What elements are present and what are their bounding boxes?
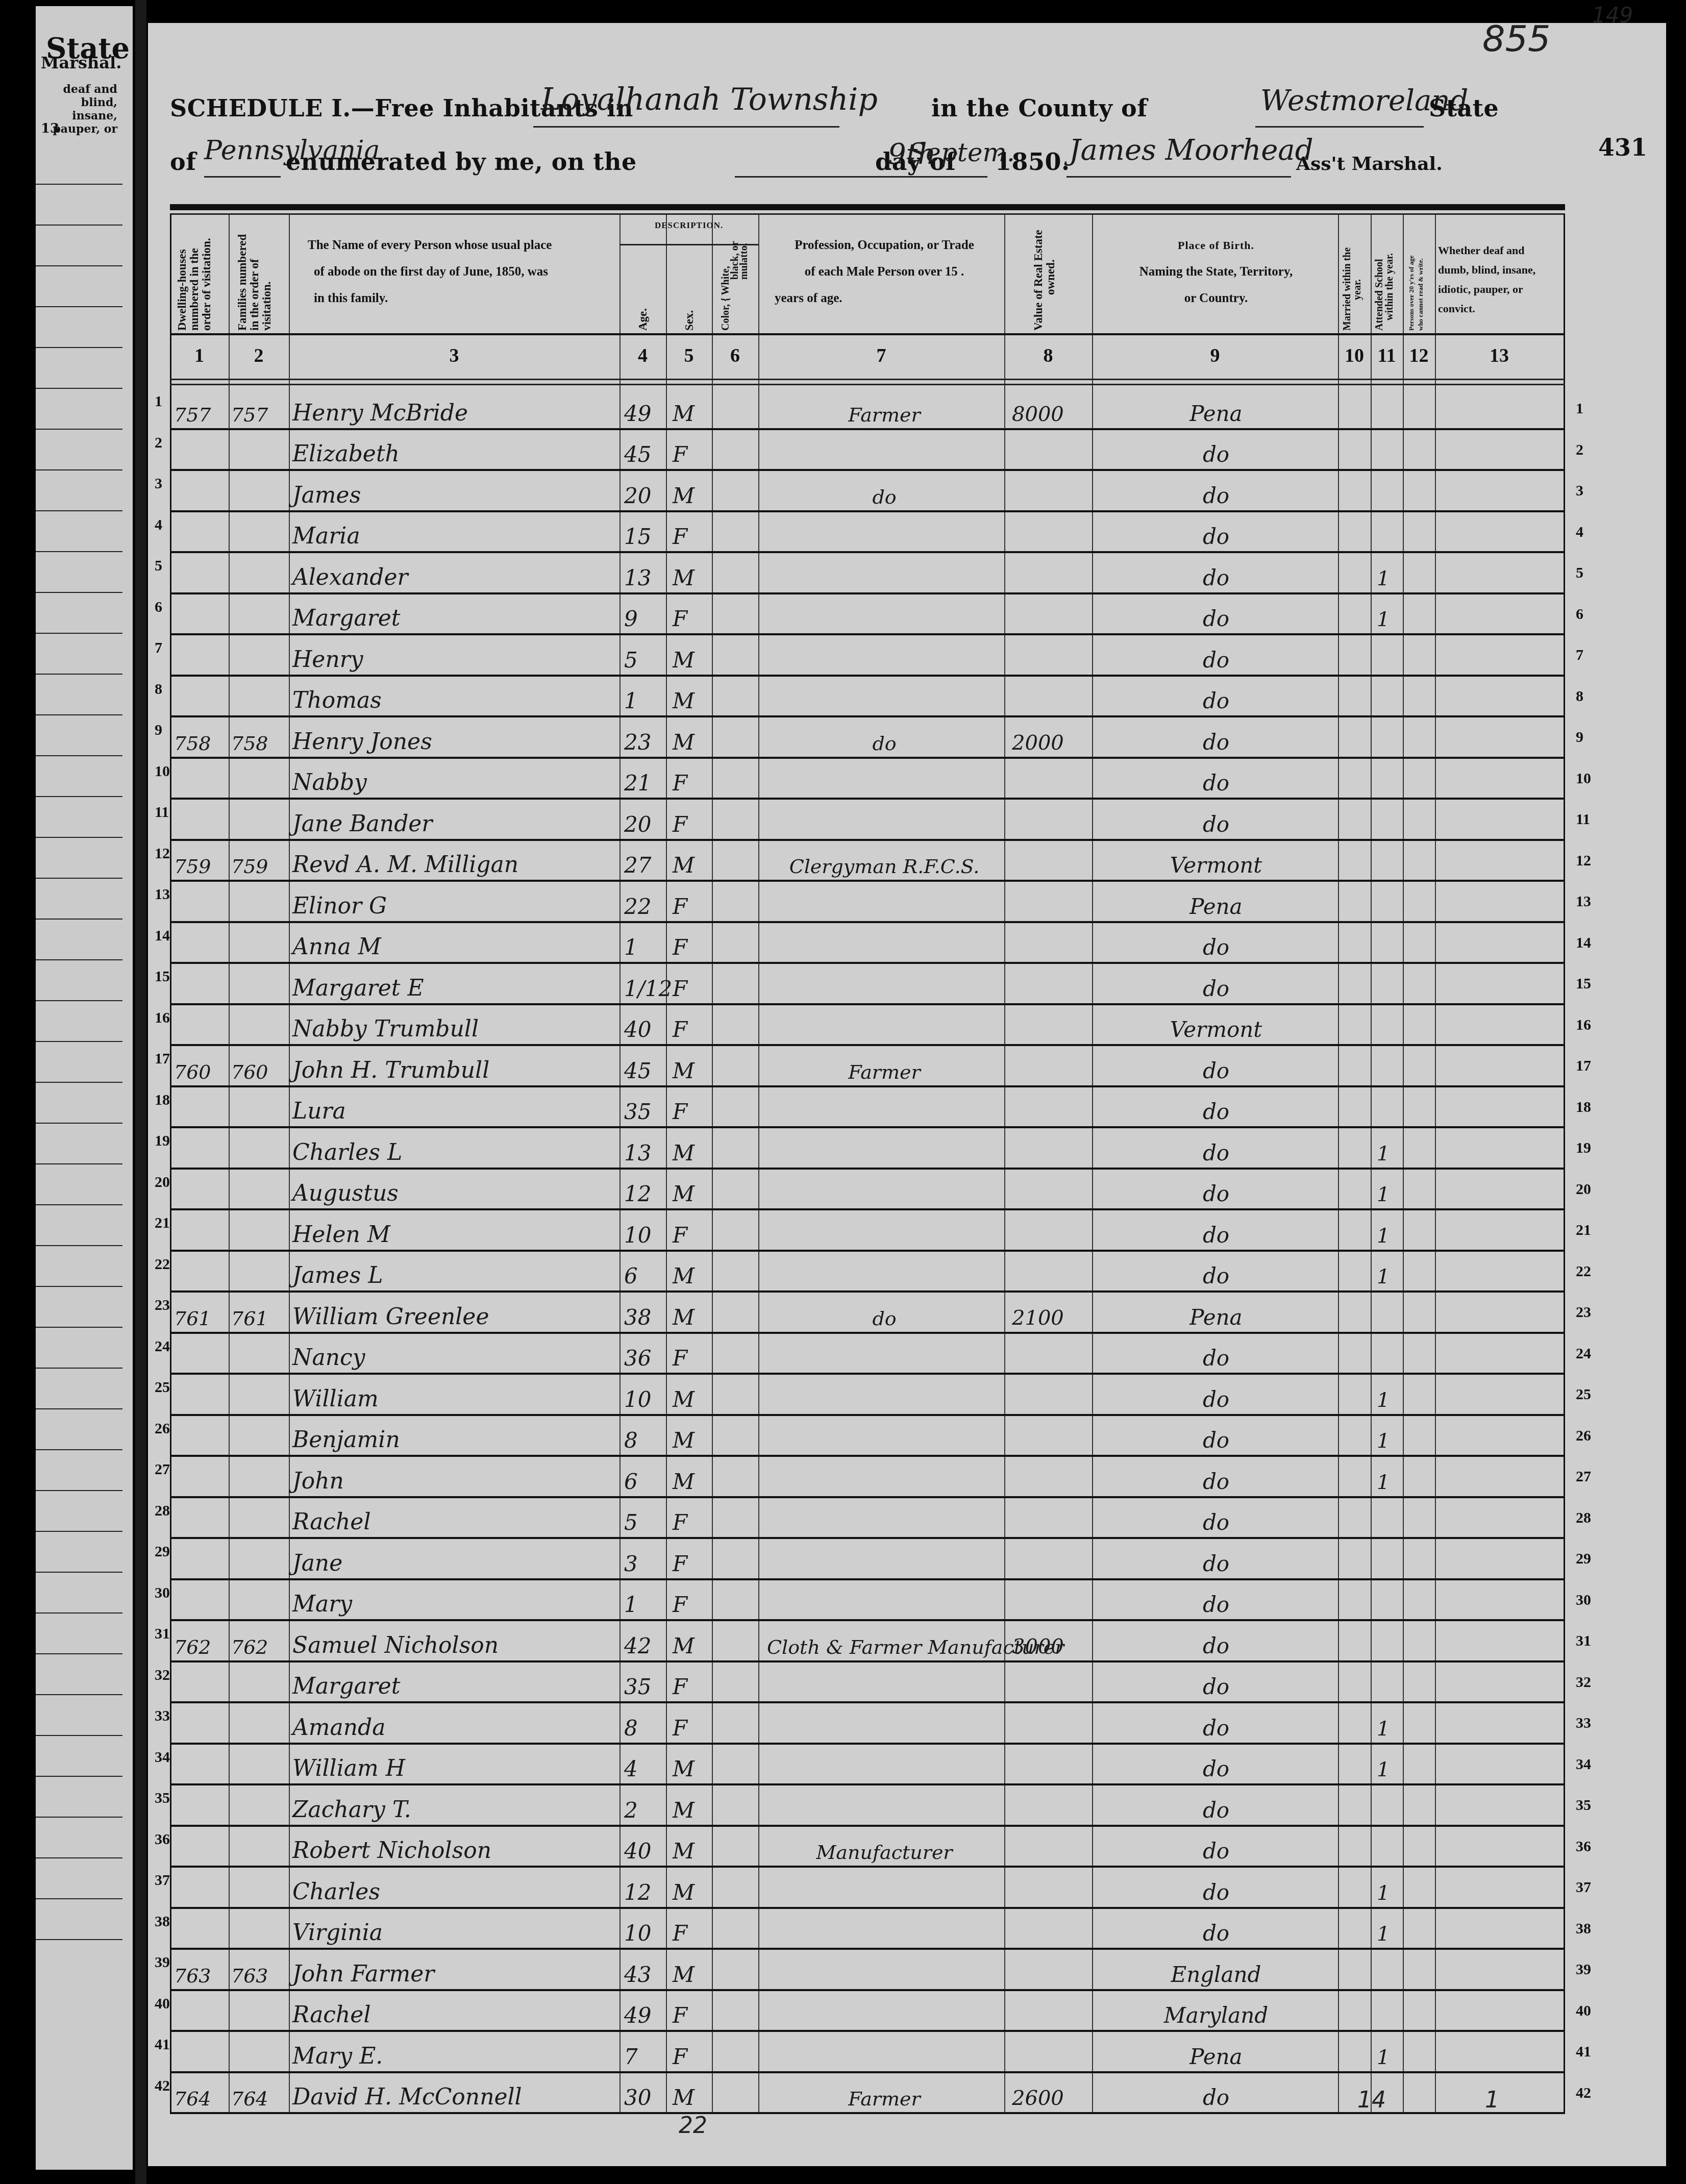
- col9-header-line: Place of Birth.: [1096, 232, 1336, 259]
- cell-birthplace: do: [1099, 1716, 1333, 1741]
- cell-age: 7: [624, 2044, 638, 2069]
- cell-birthplace: do: [1099, 1674, 1333, 1699]
- cell-age: 2: [624, 1798, 638, 1823]
- line-number-left: 26: [155, 1420, 170, 1437]
- line-number-left: 19: [155, 1132, 170, 1150]
- line-number-right: 18: [1576, 1099, 1591, 1116]
- col-number-6: 6: [712, 344, 758, 367]
- line-number-left: 15: [155, 968, 170, 985]
- previous-page-rule: [36, 1777, 122, 1818]
- cell-birthplace: do: [1099, 1387, 1333, 1412]
- cell-name: Robert Nicholson: [292, 1838, 491, 1864]
- col5-header: Sex.: [683, 310, 696, 331]
- line-number-right: 12: [1576, 852, 1591, 870]
- cell-dwelling: 761: [174, 1307, 211, 1330]
- cell-sex: M: [673, 1305, 695, 1330]
- line-number-right: 23: [1576, 1304, 1591, 1321]
- col1-header-line: numbered in the: [188, 238, 201, 331]
- line-number-right: 22: [1576, 1263, 1591, 1280]
- line-number-right: 35: [1576, 1797, 1591, 1814]
- col2-header: Families numbered in the order of visita…: [236, 234, 273, 331]
- line-number-right: 34: [1576, 1756, 1591, 1773]
- cell-sex: M: [673, 688, 695, 713]
- line-number-left: 23: [155, 1297, 170, 1314]
- col12-header: Persons over 20 y'rs of age who cannot r…: [1407, 256, 1425, 331]
- line-number-left: 30: [155, 1584, 170, 1602]
- previous-page-rule: [36, 430, 122, 470]
- previous-page-rule: [36, 1818, 122, 1858]
- line-number-left: 7: [155, 639, 162, 657]
- cell-birthplace: Pena: [1099, 401, 1333, 426]
- page-gutter: [135, 0, 146, 2184]
- cell-age: 42: [624, 1633, 651, 1658]
- marshal-underline: [1067, 176, 1291, 178]
- table-row: Thomas1Mdo88: [170, 677, 1565, 718]
- table-row: Augustus12Mdo12020: [170, 1170, 1565, 1211]
- col11-header-line: Attended School: [1374, 253, 1384, 331]
- cell-name: Charles L: [292, 1139, 402, 1165]
- col10-header-line: Married within the: [1342, 247, 1352, 331]
- cell-birthplace: do: [1099, 1428, 1333, 1453]
- footer-tally-other: 1: [1485, 2087, 1499, 2113]
- previous-page-edge: State Marshal. deaf and blind, insane, p…: [36, 6, 133, 2170]
- table-row: Charles L13Mdo11919: [170, 1128, 1565, 1170]
- cell-family: 761: [231, 1307, 268, 1330]
- col11-header: Attended School within the year.: [1374, 253, 1395, 331]
- cell-age: 10: [624, 1921, 651, 1946]
- previous-page-rule: [36, 470, 122, 511]
- line-number-right: 29: [1576, 1550, 1591, 1568]
- col-number-7: 7: [758, 344, 1004, 367]
- cell-age: 23: [624, 730, 651, 755]
- table-row: Margaret9Fdo166: [170, 594, 1565, 636]
- cell-name: Amanda: [292, 1715, 385, 1741]
- table-row: James L6Mdo12222: [170, 1252, 1565, 1293]
- col9-header: Place of Birth. Naming the State, Territ…: [1096, 232, 1336, 312]
- line-number-left: 35: [155, 1790, 170, 1807]
- previous-page-rule: [36, 1899, 122, 1940]
- cell-sex: M: [673, 1263, 695, 1288]
- previous-page-rule: [36, 1409, 122, 1450]
- cell-sex: M: [673, 565, 695, 590]
- cell-dwelling: 757: [174, 404, 211, 426]
- cell-birthplace: do: [1099, 976, 1333, 1001]
- line-number-left: 13: [155, 886, 170, 903]
- cell-birthplace: do: [1099, 1592, 1333, 1617]
- cell-sex: F: [673, 442, 687, 467]
- line-number-right: 19: [1576, 1139, 1591, 1157]
- previous-page-rule: [36, 348, 122, 389]
- cell-age: 49: [624, 401, 651, 426]
- cell-name: Anna M: [292, 934, 381, 960]
- cell-birthplace: do: [1099, 1181, 1333, 1206]
- marshal-label: Ass't Marshal.: [1296, 153, 1443, 175]
- cell-school: 1: [1377, 1224, 1390, 1248]
- line-number-right: 25: [1576, 1386, 1591, 1403]
- line-number-left: 41: [155, 2036, 170, 2053]
- line-number-right: 14: [1576, 934, 1591, 952]
- table-row: Alexander13Mdo155: [170, 553, 1565, 594]
- frame-stamp-number: 855: [1482, 18, 1551, 60]
- cell-birthplace: do: [1099, 1633, 1333, 1658]
- table-row: Henry5Mdo77: [170, 635, 1565, 677]
- cell-sex: M: [673, 401, 695, 426]
- previous-page-rule: [36, 1369, 122, 1409]
- table-top-rule: [170, 204, 1565, 210]
- state-label: State: [1429, 94, 1499, 122]
- line-number-left: 20: [155, 1174, 170, 1191]
- cell-name: Helen M: [292, 1222, 390, 1248]
- previous-page-rule: [36, 1532, 122, 1573]
- line-number-left: 40: [155, 1995, 170, 2013]
- cell-occupation: Farmer: [767, 1061, 1002, 1083]
- cell-name: Maria: [292, 523, 360, 549]
- cell-family: 759: [231, 855, 268, 878]
- header-bottom-rule: [170, 333, 1565, 335]
- col-number-3: 3: [289, 344, 619, 367]
- previous-page-rule: [36, 634, 122, 675]
- cell-birthplace: do: [1099, 1551, 1333, 1576]
- col7-header-line: Profession, Occupation, or Trade: [767, 232, 1002, 259]
- col6-header: Color, { White, black, or mulatto.: [721, 241, 749, 331]
- cell-name: Mary: [292, 1591, 352, 1617]
- previous-page-rule: [36, 1164, 122, 1205]
- cell-age: 21: [624, 771, 651, 796]
- previous-page-rule: [36, 1001, 122, 1042]
- line-number-right: 38: [1576, 1920, 1591, 1938]
- cell-name: Revd A. M. Milligan: [292, 852, 518, 878]
- cell-name: Rachel: [292, 2002, 370, 2028]
- cell-name: Nabby Trumbull: [292, 1016, 479, 1042]
- footer-tally-dwellings: 22: [679, 2113, 707, 2139]
- line-number-right: 7: [1576, 647, 1583, 664]
- cell-age: 13: [624, 1140, 651, 1165]
- cell-real-estate: 2600: [1012, 2087, 1064, 2110]
- county-underline: [1255, 126, 1424, 128]
- cell-birthplace: do: [1099, 771, 1333, 796]
- cell-age: 10: [624, 1387, 651, 1412]
- cell-birthplace: do: [1099, 812, 1333, 837]
- enumerated-label: enumerated by me, on the: [286, 148, 637, 176]
- line-number-left: 29: [155, 1543, 170, 1560]
- line-number-right: 28: [1576, 1509, 1591, 1527]
- cell-name: Lura: [292, 1098, 346, 1124]
- page-number: 431: [1598, 134, 1647, 161]
- previous-page-rule: [36, 920, 122, 960]
- cell-sex: M: [673, 648, 695, 673]
- cell-birthplace: do: [1099, 524, 1333, 549]
- line-number-right: 6: [1576, 606, 1583, 623]
- township-value: Loyalhanah Township: [541, 82, 878, 117]
- line-number-right: 31: [1576, 1632, 1591, 1650]
- table-row: James20Mdodo33: [170, 471, 1565, 512]
- line-number-left: 16: [155, 1009, 170, 1027]
- cell-name: William Greenlee: [292, 1304, 489, 1330]
- line-number-right: 20: [1576, 1181, 1591, 1198]
- col9-header-line: Naming the State, Territory,: [1096, 259, 1336, 285]
- line-number-left: 10: [155, 763, 170, 780]
- cell-age: 49: [624, 2003, 651, 2028]
- table-row: Elizabeth45Fdo22: [170, 430, 1565, 471]
- cell-age: 8: [624, 1716, 638, 1741]
- previous-page-rule: [36, 389, 122, 430]
- line-number-left: 18: [155, 1091, 170, 1109]
- cell-sex: M: [673, 2085, 695, 2110]
- table-row: William10Mdo12525: [170, 1375, 1565, 1416]
- line-number-left: 5: [155, 557, 162, 575]
- table-row: Charles12Mdo13737: [170, 1868, 1565, 1909]
- col-number-8: 8: [1004, 344, 1092, 367]
- table-row: Lura35Fdo1818: [170, 1087, 1565, 1129]
- cell-sex: F: [673, 935, 687, 960]
- line-number-right: 1: [1576, 400, 1583, 417]
- col9-header-line: or Country.: [1096, 285, 1336, 312]
- cell-dwelling: 759: [174, 855, 211, 878]
- previous-page-rule: [36, 511, 122, 552]
- line-number-left: 27: [155, 1461, 170, 1478]
- col2-header-line: in the order of: [249, 234, 261, 331]
- col2-header-line: visitation.: [261, 234, 273, 331]
- line-number-left: 17: [155, 1050, 170, 1068]
- previous-page-rule: [36, 185, 122, 226]
- col10-header: Married within the year.: [1342, 247, 1362, 331]
- cell-occupation: Clergyman R.F.C.S.: [767, 855, 1002, 878]
- col12-header-line: who cannot read & write.: [1416, 256, 1425, 331]
- col7-header-line: of each Male Person over 15 .: [767, 259, 1002, 285]
- line-number-right: 15: [1576, 975, 1591, 992]
- cell-family: 763: [231, 1965, 268, 1987]
- cell-name: Zachary T.: [292, 1797, 411, 1823]
- cell-age: 45: [624, 442, 651, 467]
- cell-sex: F: [673, 1551, 687, 1576]
- cell-sex: F: [673, 524, 687, 549]
- cell-name: Rachel: [292, 1509, 370, 1535]
- of-label: of: [170, 148, 196, 176]
- line-number-right: 8: [1576, 688, 1583, 705]
- col3-header: The Name of every Person whose usual pla…: [308, 232, 609, 312]
- previous-page-rule: [36, 1614, 122, 1654]
- cell-name: David H. McConnell: [292, 2084, 522, 2110]
- cell-school: 1: [1377, 1142, 1390, 1165]
- col3-header-line: in this family.: [308, 285, 609, 312]
- cell-birthplace: Vermont: [1099, 1017, 1333, 1042]
- line-number-right: 36: [1576, 1838, 1591, 1855]
- table-row: Mary1Fdo3030: [170, 1580, 1565, 1622]
- line-number-right: 42: [1576, 2084, 1591, 2102]
- cell-birthplace: do: [1099, 606, 1333, 631]
- line-number-right: 16: [1576, 1016, 1591, 1034]
- table-row: Jane3Fdo2929: [170, 1539, 1565, 1580]
- cell-sex: M: [673, 1798, 695, 1823]
- previous-page-rule: [36, 1491, 122, 1532]
- cell-school: 1: [1377, 1471, 1390, 1494]
- table-row: Margaret35Fdo3232: [170, 1662, 1565, 1704]
- cell-sex: F: [673, 606, 687, 631]
- cell-sex: F: [673, 976, 687, 1001]
- cell-name: Virginia: [292, 1920, 383, 1946]
- line-number-right: 39: [1576, 1961, 1591, 1978]
- line-number-right: 40: [1576, 2002, 1591, 2020]
- table-row: Anna M1Fdo1414: [170, 923, 1565, 964]
- cell-sex: F: [673, 1017, 687, 1042]
- table-top-rule-thin: [170, 213, 1565, 215]
- col13-header-line: Whether deaf and: [1438, 241, 1560, 260]
- table-row: Jane Bander20Fdo1111: [170, 800, 1565, 841]
- col13-header-line: convict.: [1438, 299, 1560, 318]
- cell-sex: M: [673, 1181, 695, 1206]
- cell-birthplace: do: [1099, 1140, 1333, 1165]
- previous-page-rule: [36, 1042, 122, 1083]
- previous-page-rule: [36, 1573, 122, 1614]
- previous-page-marshal-label: Marshal.: [41, 53, 121, 72]
- previous-page-rule: [36, 144, 122, 185]
- month-underline: [903, 176, 987, 178]
- cell-dwelling: 762: [174, 1636, 211, 1658]
- cell-sex: F: [673, 1592, 687, 1617]
- col4-header: Age.: [637, 308, 649, 331]
- cell-birthplace: do: [1099, 2085, 1333, 2110]
- cell-birthplace: do: [1099, 442, 1333, 467]
- cell-age: 20: [624, 483, 651, 508]
- cell-name: John: [292, 1468, 344, 1494]
- table-row: 757757Henry McBride49MFarmer8000Pena11: [170, 389, 1565, 430]
- cell-occupation: Cloth & Farmer Manufacturer: [767, 1636, 1002, 1658]
- line-number-right: 13: [1576, 893, 1591, 910]
- county-label: in the County of: [931, 94, 1148, 122]
- cell-name: Henry McBride: [292, 400, 468, 426]
- previous-page-rule: [36, 960, 122, 1001]
- cell-family: 764: [231, 2088, 268, 2110]
- cell-real-estate: 2000: [1012, 731, 1064, 755]
- line-number-right: 11: [1576, 811, 1590, 828]
- cell-birthplace: do: [1099, 688, 1333, 713]
- cell-school: 1: [1377, 1717, 1390, 1741]
- cell-occupation: do: [767, 486, 1002, 508]
- cell-birthplace: do: [1099, 1798, 1333, 1823]
- cell-occupation: Manufacturer: [767, 1841, 1002, 1864]
- col-number-10: 10: [1338, 344, 1371, 367]
- cell-name: William H: [292, 1755, 405, 1781]
- table-row: Elinor G22FPena1313: [170, 882, 1565, 923]
- cell-school: 1: [1377, 1183, 1390, 1206]
- col12-header-line: Persons over 20 y'rs of age: [1407, 256, 1416, 331]
- cell-name: Samuel Nicholson: [292, 1632, 499, 1658]
- col7-header-line: years of age.: [767, 285, 1002, 312]
- cell-name: Thomas: [292, 687, 382, 713]
- cell-occupation: Farmer: [767, 404, 1002, 426]
- cell-birthplace: do: [1099, 1469, 1333, 1494]
- line-number-right: 27: [1576, 1468, 1591, 1485]
- cell-age: 27: [624, 853, 651, 878]
- cell-name: Margaret E: [292, 975, 424, 1001]
- line-number-left: 1: [155, 393, 162, 410]
- table-row: Mary E.7FPena14141: [170, 2032, 1565, 2073]
- line-number-left: 14: [155, 927, 170, 945]
- cell-birthplace: do: [1099, 565, 1333, 590]
- cell-birthplace: do: [1099, 648, 1333, 673]
- table-row: Benjamin8Mdo12626: [170, 1416, 1565, 1457]
- previous-page-rule: [36, 1695, 122, 1736]
- table-row: Virginia10Fdo13838: [170, 1909, 1565, 1950]
- line-number-right: 30: [1576, 1592, 1591, 1609]
- line-number-left: 8: [155, 681, 162, 698]
- previous-page-rule: [36, 1083, 122, 1124]
- cell-age: 5: [624, 648, 638, 673]
- cell-age: 9: [624, 606, 638, 631]
- previous-page-rule: [36, 1328, 122, 1369]
- line-number-left: 24: [155, 1338, 170, 1355]
- cell-age: 15: [624, 524, 651, 549]
- col-number-1: 1: [170, 344, 229, 367]
- line-number-right: 26: [1576, 1427, 1591, 1445]
- cell-age: 38: [624, 1305, 651, 1330]
- col-number-2: 2: [229, 344, 289, 367]
- col6-header-line: mulatto.: [739, 241, 749, 331]
- previous-page-rule: [36, 1287, 122, 1328]
- line-number-right: 41: [1576, 2043, 1591, 2061]
- col-number-11: 11: [1371, 344, 1403, 367]
- cell-sex: F: [673, 1223, 687, 1248]
- cell-school: 1: [1377, 1265, 1390, 1288]
- line-number-left: 28: [155, 1502, 170, 1520]
- table-row: Nabby Trumbull40FVermont1616: [170, 1005, 1565, 1047]
- cell-real-estate: 2100: [1012, 1306, 1064, 1330]
- line-number-left: 11: [155, 804, 169, 821]
- col10-header-line: year.: [1352, 247, 1362, 331]
- line-number-left: 4: [155, 516, 162, 534]
- col13-header-line: dumb, blind, insane,: [1438, 260, 1560, 280]
- previous-page-rule: [36, 675, 122, 715]
- previous-page-rule: [36, 593, 122, 634]
- line-number-left: 22: [155, 1256, 170, 1273]
- cell-age: 1/12: [624, 976, 672, 1001]
- line-number-left: 6: [155, 599, 162, 616]
- line-number-right: 5: [1576, 564, 1583, 582]
- cell-name: Charles: [292, 1879, 380, 1905]
- cell-school: 1: [1377, 608, 1390, 631]
- cell-family: 760: [231, 1061, 268, 1083]
- cell-age: 35: [624, 1099, 651, 1124]
- line-number-right: 33: [1576, 1715, 1591, 1732]
- table-row: 764764David H. McConnell30MFarmer2600do4…: [170, 2073, 1565, 2115]
- line-number-left: 12: [155, 845, 170, 862]
- cell-birthplace: do: [1099, 483, 1333, 508]
- cell-age: 13: [624, 565, 651, 590]
- cell-school: 1: [1377, 1881, 1390, 1905]
- cell-name: James L: [292, 1262, 383, 1288]
- cell-name: Henry: [292, 647, 363, 673]
- cell-dwelling: 763: [174, 1965, 211, 1987]
- cell-sex: M: [673, 1469, 695, 1494]
- cell-family: 758: [231, 732, 268, 755]
- table-row: Rachel5Fdo2828: [170, 1498, 1565, 1540]
- col-number-5: 5: [666, 344, 712, 367]
- line-number-right: 4: [1576, 524, 1583, 541]
- cell-birthplace: do: [1099, 1921, 1333, 1946]
- cell-birthplace: do: [1099, 1839, 1333, 1864]
- table-row: Nabby21Fdo1010: [170, 759, 1565, 800]
- cell-sex: M: [673, 1058, 695, 1083]
- cell-name: Augustus: [292, 1180, 399, 1206]
- cell-dwelling: 764: [174, 2088, 211, 2110]
- previous-page-rule: [36, 797, 122, 838]
- column-number-rule-2: [170, 384, 1565, 385]
- table-row: 762762Samuel Nicholson42MCloth & Farmer …: [170, 1621, 1565, 1662]
- cell-birthplace: do: [1099, 1346, 1333, 1371]
- line-number-left: 9: [155, 722, 162, 739]
- line-number-left: 39: [155, 1954, 170, 1971]
- cell-name: Elinor G: [292, 893, 387, 919]
